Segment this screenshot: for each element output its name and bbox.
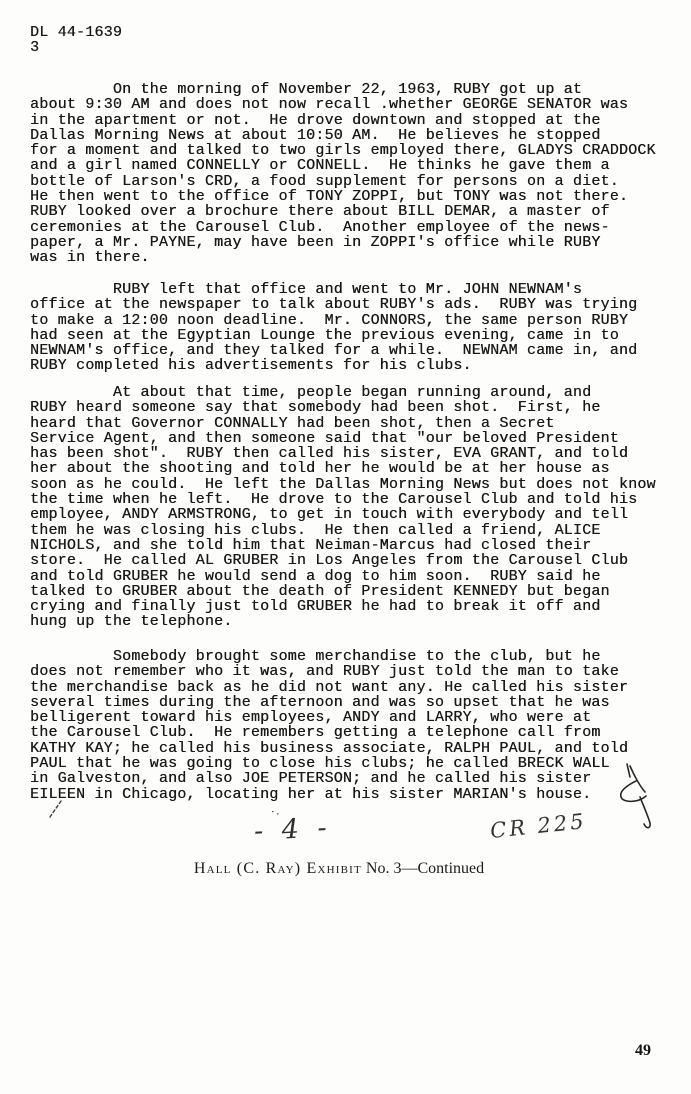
handwritten-cr-note: CR 225 — [489, 809, 588, 843]
paragraph-afternoon-calls: Somebody brought some merchandise to the… — [30, 649, 628, 802]
paragraph-shooting-news: At about that time, people began running… — [30, 385, 656, 630]
file-reference-header: DL 44-1639 3 — [30, 25, 122, 56]
page-number: 49 — [635, 1042, 651, 1060]
handwritten-page-number-mark: - 4 - — [253, 812, 332, 847]
exhibit-caption-name: Hall (C. Ray) Exhibit — [194, 860, 362, 877]
exhibit-caption-number: No. 3—Continued — [362, 860, 484, 877]
paragraph-morning-activities: On the morning of November 22, 1963, RUB… — [30, 82, 656, 266]
handwritten-squiggle-mark — [613, 760, 657, 842]
document-page: DL 44-1639 3 On the morning of November … — [0, 0, 691, 1094]
exhibit-caption: Hall (C. Ray) Exhibit No. 3—Continued — [0, 860, 678, 878]
paragraph-newnam-office: RUBY left that office and went to Mr. JO… — [30, 282, 637, 374]
stray-ink-mark — [48, 798, 66, 820]
